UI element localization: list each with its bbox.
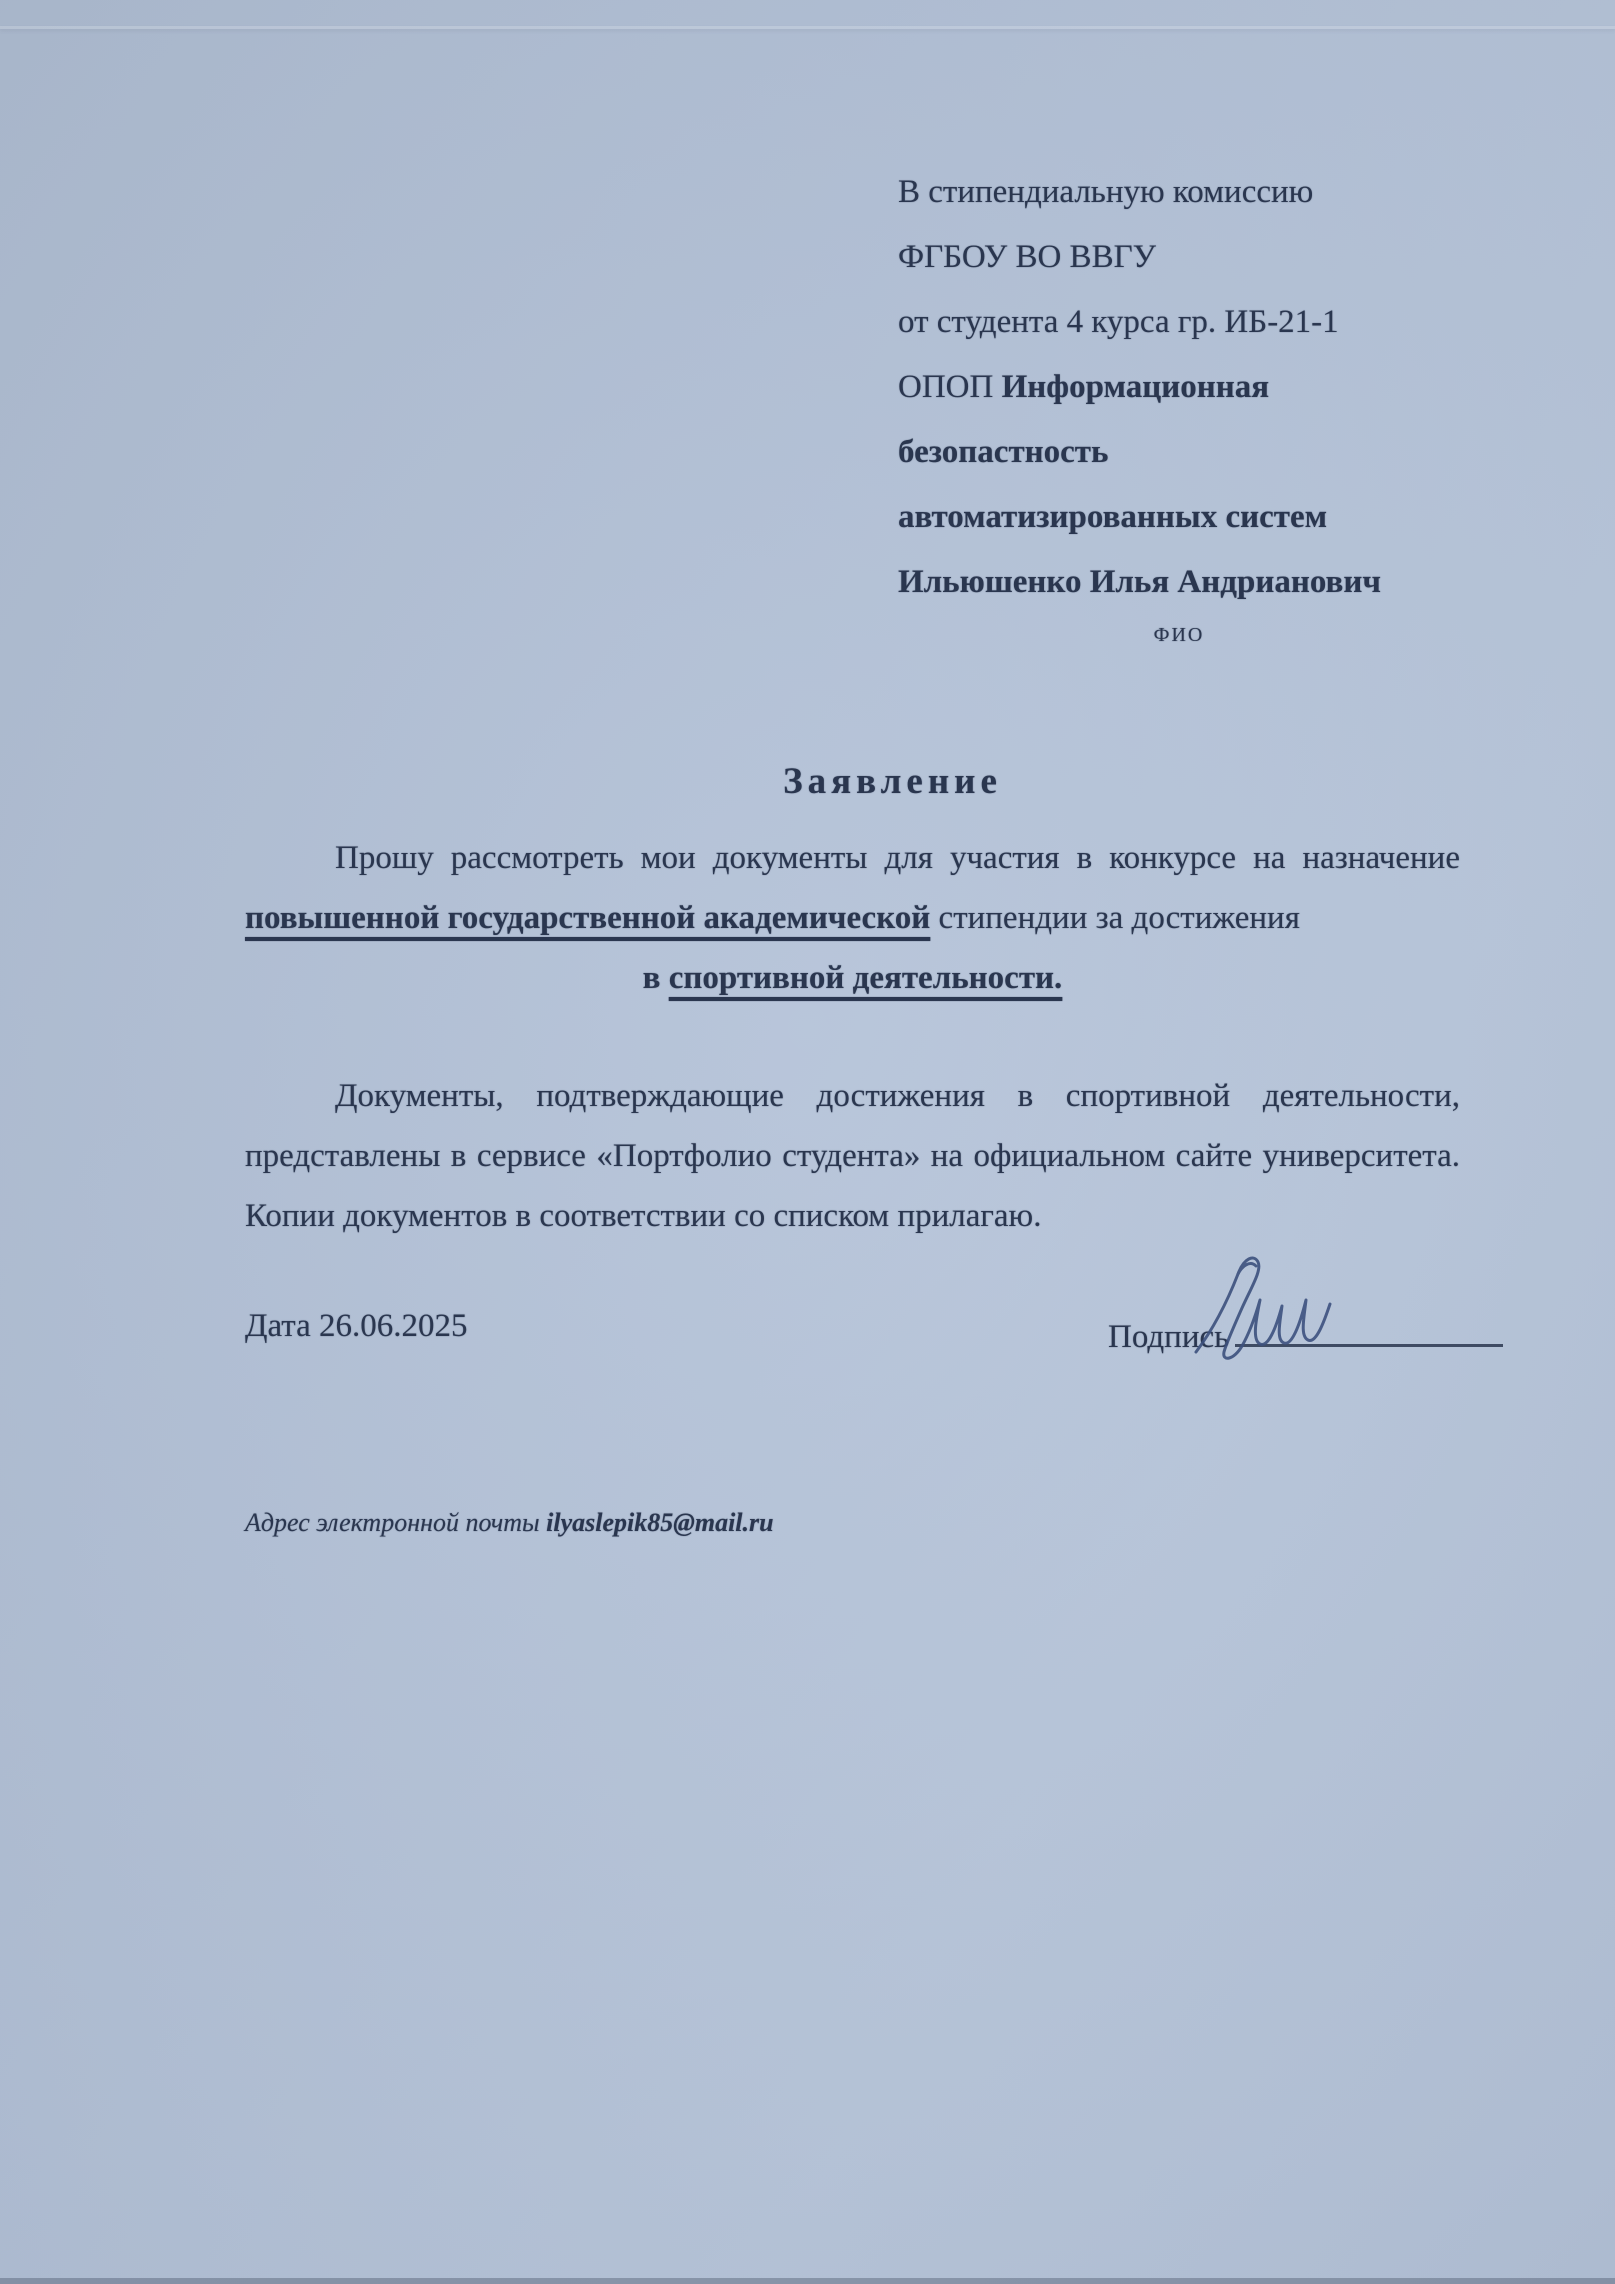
- request-line-3-prefix: в: [643, 960, 669, 996]
- university-line: ФГБОУ ВО ВВГУ: [898, 225, 1460, 290]
- student-line: от студента 4 курса гр. ИБ-21-1: [898, 290, 1460, 355]
- body-line-3: Копии документов в соответствии со списк…: [245, 1186, 1460, 1246]
- applicant-name: Ильюшенко Илья Андрианович: [898, 550, 1460, 615]
- signature-label: Подпись: [1108, 1319, 1229, 1355]
- body-line-1: Документы, подтверждающие достижения в с…: [245, 1066, 1460, 1126]
- request-line-1: Прошу рассмотреть мои документы для учас…: [245, 828, 1460, 888]
- request-line-2-rest: стипендии за достижения: [930, 900, 1300, 936]
- signature-line: [1235, 1308, 1503, 1347]
- signature-group: Подпись: [1108, 1308, 1503, 1356]
- body-line-2: представлены в сервисе «Портфолио студен…: [245, 1126, 1460, 1186]
- program-line: ОПОП Информационная: [898, 355, 1460, 420]
- request-line-2: повышенной государственной академической…: [245, 888, 1460, 948]
- scholarship-type-underlined: повышенной государственной академической: [245, 900, 930, 936]
- program-name-part3: автоматизированных систем: [898, 485, 1460, 550]
- fio-caption: ФИО: [898, 615, 1460, 655]
- program-name-part2: безопастность: [898, 420, 1460, 485]
- date-label: Дата 26.06.2025: [245, 1308, 468, 1345]
- request-line-3: в спортивной деятельности.: [245, 948, 1460, 1008]
- scanned-application-page: В стипендиальную комиссию ФГБОУ ВО ВВГУ …: [0, 0, 1615, 2284]
- email-value: ilyaslepik85@mail.ru: [546, 1508, 773, 1537]
- program-name-part1: Информационная: [1002, 369, 1270, 405]
- document-title: Заявление: [285, 760, 1500, 803]
- addressee-block: В стипендиальную комиссию ФГБОУ ВО ВВГУ …: [898, 160, 1460, 655]
- activity-type-underlined: спортивной деятельности.: [669, 960, 1063, 996]
- body-paragraph: Документы, подтверждающие достижения в с…: [245, 1066, 1460, 1246]
- request-paragraph: Прошу рассмотреть мои документы для учас…: [245, 828, 1460, 1008]
- addressee-line: В стипендиальную комиссию: [898, 160, 1460, 225]
- email-label: Адрес электронной почты: [245, 1508, 546, 1537]
- email-row: Адрес электронной почты ilyaslepik85@mai…: [245, 1508, 774, 1538]
- program-label: ОПОП: [898, 369, 1002, 405]
